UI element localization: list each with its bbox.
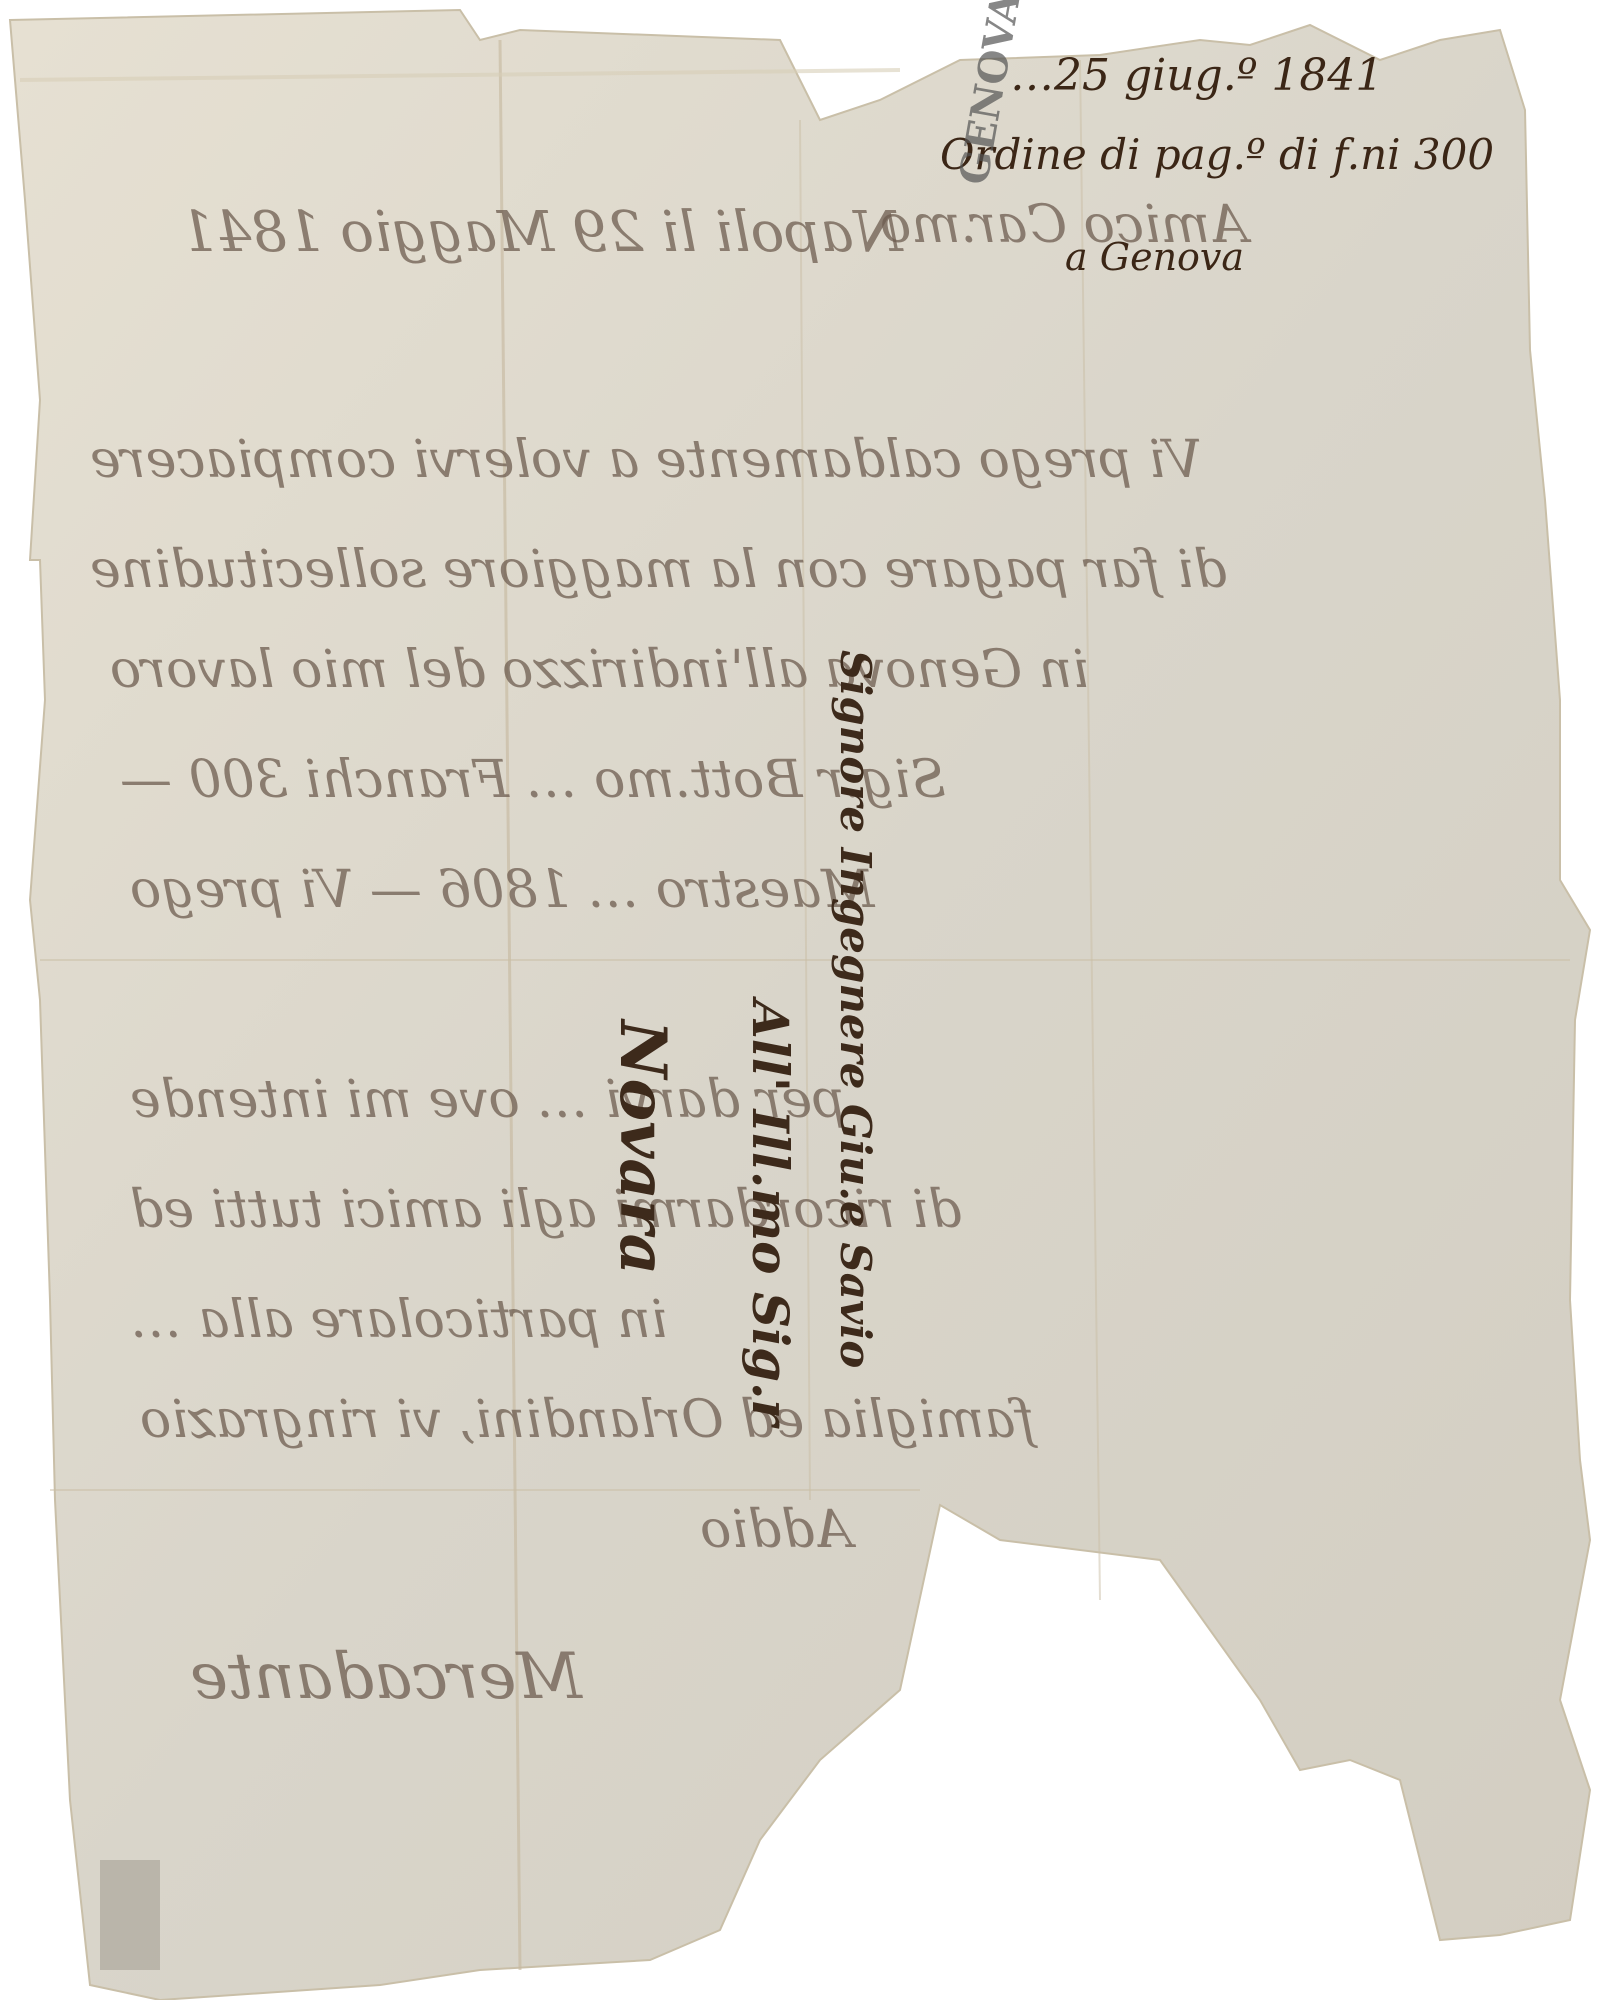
tape-stain <box>100 1860 160 1970</box>
letter-line-10: Addio <box>700 1500 852 1560</box>
letter-salutation: Amico Car.mo <box>880 195 1248 255</box>
letter-signature: Mercadante <box>190 1640 582 1714</box>
letter-line-2: di far pagare con la maggiore sollecitud… <box>90 540 1227 600</box>
letter-line-9: famiglia ed Orlandini, vi ringrazio <box>140 1390 1035 1450</box>
letter-line-5: Maestro … 1806 — Vi prego <box>130 860 875 920</box>
front-date-line: …25 giug.º 1841 <box>1010 50 1383 101</box>
letter-line-4: Sig.r Bott.mo … Franchi 300 — <box>120 750 946 810</box>
letter-line-6: per darvi … ove mi intende <box>130 1070 845 1130</box>
address-line-3: Novara <box>605 1020 680 1275</box>
letter-heading: Napoli li 29 Maggio 1841 <box>180 200 903 265</box>
address-line-2: Signore Ingegnere Giu.e Savio <box>831 650 880 1368</box>
letter-line-1: Vi prego caldamente a volervi compiacere <box>90 430 1202 490</box>
address-line-1: All' Ill.mo Sig.r <box>741 1000 800 1426</box>
front-title-line: Ordine di pag.º di f.ni 300 <box>940 130 1494 179</box>
letter-line-8: in particolare alla … <box>130 1290 667 1350</box>
letter-line-3: in Genova all'indirizzo del mio lavoro <box>110 640 1089 700</box>
